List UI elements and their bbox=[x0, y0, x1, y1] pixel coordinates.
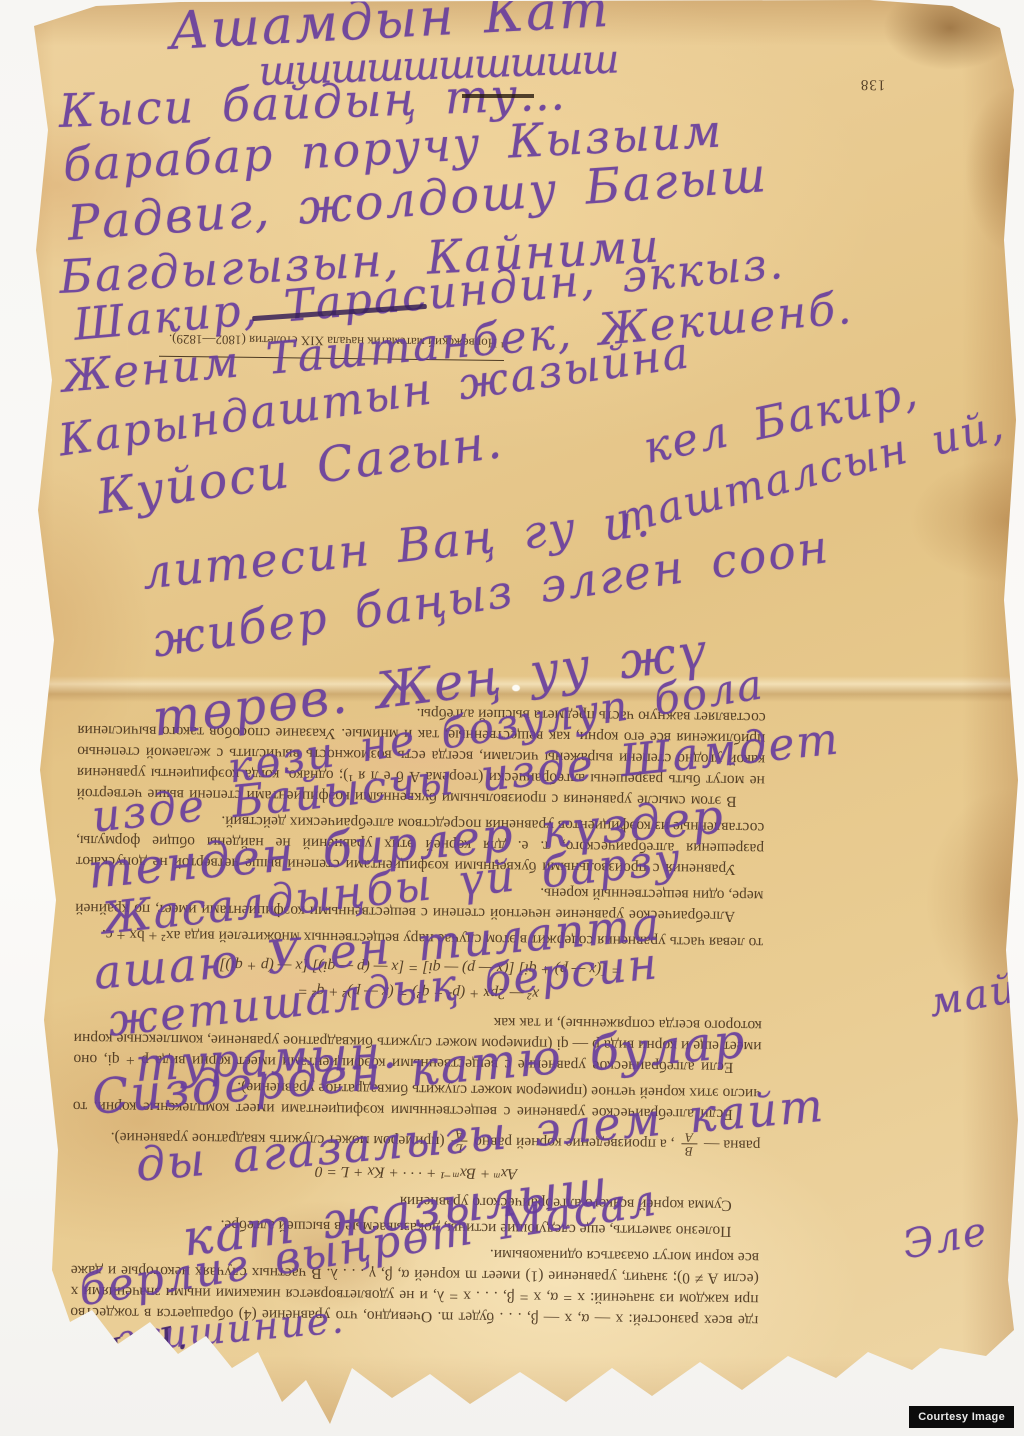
page-number: 138 bbox=[860, 73, 886, 94]
handwritten-line: Эле bbox=[900, 1211, 991, 1265]
handwritten-dash bbox=[462, 94, 534, 98]
paper-sheet: где всех разностей: x — α, x — β, . . . … bbox=[0, 0, 1024, 1436]
courtesy-image-badge: Courtesy Image bbox=[909, 1406, 1014, 1428]
handwritten-scribble: МЫН. bbox=[70, 1320, 191, 1378]
handwritten-line: май. bbox=[926, 966, 1024, 1023]
fraction-numerator: B bbox=[681, 1143, 697, 1158]
